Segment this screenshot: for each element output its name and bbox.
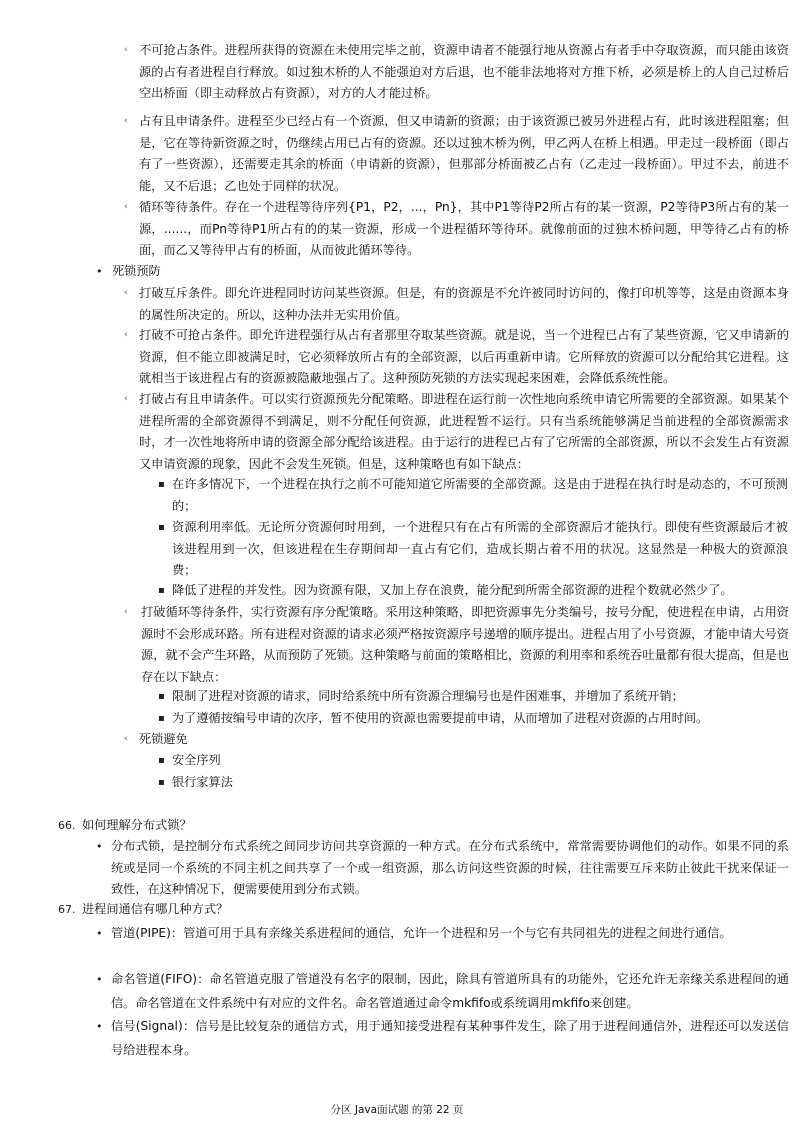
item-text: 死锁避免 [139,729,789,751]
list-item: ‹ 打破互斥条件。即允许进程同时访问某些资源。但是，有的资源是不允许被同时访问的… [139,283,789,326]
circle-bullet-icon: ‹ [124,111,128,133]
item-text: 降低了进程的并发性。因为资源有限，又加上存在浪费，能分配到所需全部资源的进程个数… [172,580,788,602]
circle-bullet-icon: ‹ [124,389,128,411]
item-text: 命名管道(FIFO)：命名管道克服了管道没有名字的限制，因此，除具有管道所具有的… [111,968,789,1015]
page-footer: 分区 Java面试题 的第 22 页 [0,1100,794,1122]
question-67-heading: 67. 进程间通信有哪几种方式？ [82,899,782,921]
sub-list-item: ▪ 降低了进程的并发性。因为资源有限，又加上存在浪费，能分配到所需全部资源的进程… [172,580,788,602]
list-item: ‹ 打破占有且申请条件。可以实行资源预先分配策略。即进程在运行前一次性地向系统申… [139,389,789,475]
item-text: 分布式锁，是控制分布式系统之间同步访问共享资源的一种方式。在分布式系统中，常常需… [111,836,789,901]
list-item: ‹ 打破不可抢占条件。即允许进程强行从占有者那里夺取某些资源。就是说，当一个进程… [139,325,789,390]
item-text: 管道(PIPE)：管道可用于具有亲缘关系进程间的通信，允许一个进程和另一个与它有… [111,922,789,946]
sub-list-item: ▪ 限制了进程对资源的请求，同时给系统中所有资源合理编号也是件困难事，并增加了系… [172,686,788,708]
item-text: 循环等待条件。存在一个进程等待序列{P1，P2，...，Pn}，其中P1等待P2… [139,197,789,262]
item-text: 不可抢占条件。进程所获得的资源在未使用完毕之前，资源申请者不能强行地从资源占有者… [139,40,789,105]
dot-bullet-icon: • [96,922,103,946]
item-text: 安全序列 [172,750,788,772]
list-item: ‹ 打破循环等待条件，实行资源有序分配策略。采用这种策略，即把资源事先分类编号，… [141,602,789,688]
sub-list-item: ▪ 安全序列 [172,750,788,772]
list-item: ‹ 循环等待条件。存在一个进程等待序列{P1，P2，...，Pn}，其中P1等待… [139,197,789,262]
question-number: 67. [58,899,76,921]
answer-item: • 管道(PIPE)：管道可用于具有亲缘关系进程间的通信，允许一个进程和另一个与… [111,922,789,946]
item-text: 死锁预防 [112,261,782,283]
circle-bullet-icon: ‹ [124,40,128,62]
item-text: 打破循环等待条件，实行资源有序分配策略。采用这种策略，即把资源事先分类编号，按号… [141,602,789,688]
square-bullet-icon: ▪ [158,517,165,539]
square-bullet-icon: ▪ [158,686,165,708]
dot-bullet-icon: • [96,1015,103,1039]
item-text: 占有且申请条件。进程至少已经占有一个资源，但又申请新的资源；由于该资源已被另外进… [139,111,789,197]
square-bullet-icon: ▪ [158,474,165,496]
item-text: 打破互斥条件。即允许进程同时访问某些资源。但是，有的资源是不允许被同时访问的，像… [139,283,789,326]
answer-item: • 分布式锁，是控制分布式系统之间同步访问共享资源的一种方式。在分布式系统中，常… [111,836,789,901]
section-heading-deadlock-avoidance: ‹ 死锁避免 [139,729,789,751]
item-text: 为了遵循按编号申请的次序，暂不使用的资源也需要提前申请，从而增加了进程对资源的占… [172,708,788,730]
answer-item: • 命名管道(FIFO)：命名管道克服了管道没有名字的限制，因此，除具有管道所具… [111,968,789,1015]
answer-item: • 信号(Signal)：信号是比较复杂的通信方式，用于通知接受进程有某种事件发… [111,1015,789,1062]
item-text: 资源利用率低。无论所分资源何时用到，一个进程只有在占有所需的全部资源后才能执行。… [172,517,788,582]
dot-bullet-icon: • [96,261,103,283]
dot-bullet-icon: • [96,836,103,858]
sub-list-item: ▪ 银行家算法 [172,772,788,794]
sub-list-item: ▪ 在许多情况下，一个进程在执行之前不可能知道它所需要的全部资源。这是由于进程在… [172,474,788,517]
circle-bullet-icon: ‹ [124,602,128,624]
list-item: ‹ 不可抢占条件。进程所获得的资源在未使用完毕之前，资源申请者不能强行地从资源占… [139,40,789,105]
item-text: 限制了进程对资源的请求，同时给系统中所有资源合理编号也是件困难事，并增加了系统开… [172,686,788,708]
sub-list-item: ▪ 资源利用率低。无论所分资源何时用到，一个进程只有在占有所需的全部资源后才能执… [172,517,788,582]
question-title: 如何理解分布式锁？ [82,815,782,837]
circle-bullet-icon: ‹ [124,729,128,751]
square-bullet-icon: ▪ [158,772,165,794]
list-item: ‹ 占有且申请条件。进程至少已经占有一个资源，但又申请新的资源；由于该资源已被另… [139,111,789,197]
question-title: 进程间通信有哪几种方式？ [82,899,782,921]
item-text: 在许多情况下，一个进程在执行之前不可能知道它所需要的全部资源。这是由于进程在执行… [172,474,788,517]
item-text: 打破不可抢占条件。即允许进程强行从占有者那里夺取某些资源。就是说，当一个进程已占… [139,325,789,390]
square-bullet-icon: ▪ [158,750,165,772]
item-text: 信号(Signal)：信号是比较复杂的通信方式，用于通知接受进程有某种事件发生，… [111,1015,789,1062]
dot-bullet-icon: • [96,968,103,992]
circle-bullet-icon: ‹ [124,325,128,347]
section-heading-deadlock-prevention: • 死锁预防 [112,261,782,283]
document-page: ‹ 不可抢占条件。进程所获得的资源在未使用完毕之前，资源申请者不能强行地从资源占… [0,0,794,1123]
circle-bullet-icon: ‹ [124,197,128,219]
square-bullet-icon: ▪ [158,708,165,730]
question-66-heading: 66. 如何理解分布式锁？ [82,815,782,837]
question-number: 66. [58,815,76,837]
square-bullet-icon: ▪ [158,580,165,602]
item-text: 打破占有且申请条件。可以实行资源预先分配策略。即进程在运行前一次性地向系统申请它… [139,389,789,475]
circle-bullet-icon: ‹ [124,283,128,305]
item-text: 银行家算法 [172,772,788,794]
sub-list-item: ▪ 为了遵循按编号申请的次序，暂不使用的资源也需要提前申请，从而增加了进程对资源… [172,708,788,730]
